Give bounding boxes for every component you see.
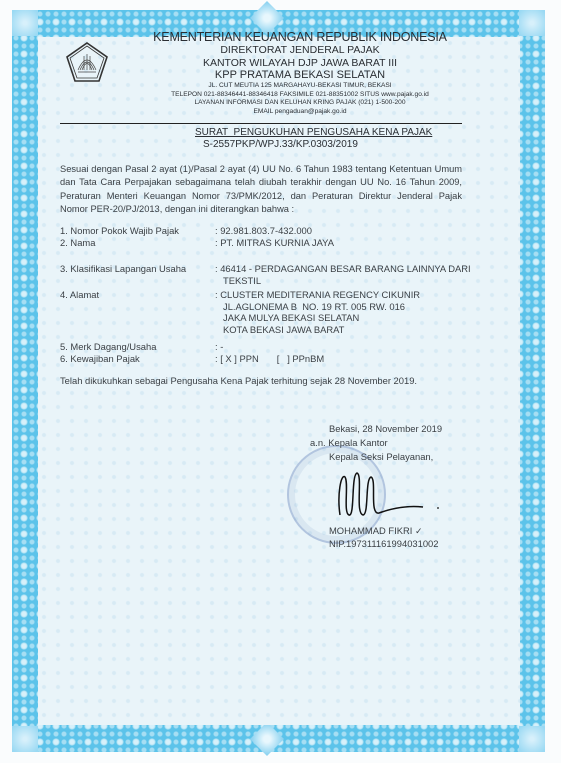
document-title-block: SURAT PENGUKUHAN PENGUSAHA KENA PAJAK S-… — [195, 127, 455, 151]
place-date: Bekasi, 28 November 2019 — [310, 422, 442, 436]
border-corner-ornament — [519, 10, 545, 36]
on-behalf-of: a.n. Kepala Kantor — [310, 436, 442, 450]
letterhead: KEMENTERIAN KEUANGAN REPUBLIK INDONESIA … — [100, 30, 500, 116]
border-corner-ornament — [12, 726, 38, 752]
field-label: 3. Klasifikasi Lapangan Usaha — [60, 263, 220, 275]
office-address: JL. CUT MEUTIA 125 MARGAHAYU-BEKASI TIMU… — [100, 82, 500, 91]
office-contact: TELEPON 021-88346441-88346418 FAKSIMILE … — [100, 91, 500, 100]
border-corner-ornament — [519, 726, 545, 752]
field-value: : CLUSTER MEDITERANIA REGENCY CIKUNIRJL.… — [215, 289, 475, 335]
field-value: : - — [215, 341, 475, 353]
field-label: 5. Merk Dagang/Usaha — [60, 341, 220, 353]
field-value: : [ X ] PPN[ ] PPnBM — [215, 353, 475, 365]
field-value: : 92.981.803.7-432.000 — [215, 225, 475, 237]
field-label: 4. Alamat — [60, 289, 220, 301]
handwritten-signature — [335, 465, 445, 525]
field-value: : PT. MITRAS KURNIA JAYA — [215, 237, 475, 249]
closing-statement: Telah dikukuhkan sebagai Pengusaha Kena … — [60, 375, 480, 387]
header-divider — [60, 123, 462, 124]
signature-block: Bekasi, 28 November 2019 a.n. Kepala Kan… — [310, 422, 442, 464]
ministry-name: KEMENTERIAN KEUANGAN REPUBLIK INDONESIA — [100, 30, 500, 44]
intro-paragraph: Sesuai dengan Pasal 2 ayat (1)/Pasal 2 a… — [60, 163, 462, 216]
paraf-mark: ✓ — [415, 526, 423, 536]
field-label: 6. Kewajiban Pajak — [60, 353, 220, 365]
tax-obligation-checkbox: [ ] PPnBM — [277, 353, 324, 365]
field-value: : 46414 - PERDAGANGAN BESAR BARANG LAINN… — [215, 263, 475, 286]
signer-name: MOHAMMAD FIKRI — [329, 525, 412, 536]
border-corner-ornament — [12, 10, 38, 36]
tax-obligation-checkbox: [ X ] PPN — [220, 353, 259, 365]
document-title: SURAT PENGUKUHAN PENGUSAHA KENA PAJAK — [195, 127, 455, 139]
field-label: 1. Nomor Pokok Wajib Pajak — [60, 225, 220, 237]
signer-position: Kepala Seksi Pelayanan, — [310, 450, 442, 464]
document-number: S-2557PKP/WPJ.33/KP.0303/2019 — [195, 139, 455, 151]
signer-nip: NIP.197311161994031002 — [329, 538, 438, 551]
service-info: LAYANAN INFORMASI DAN KELUHAN KRING PAJA… — [100, 99, 500, 108]
directorate-name: DIREKTORAT JENDERAL PAJAK — [100, 44, 500, 57]
field-label: 2. Nama — [60, 237, 220, 249]
office-email: EMAIL pengaduan@pajak.go.id — [100, 108, 500, 117]
tax-office-name: KPP PRATAMA BEKASI SELATAN — [100, 69, 500, 82]
regional-office-name: KANTOR WILAYAH DJP JAWA BARAT III — [100, 57, 500, 70]
signer-info: MOHAMMAD FIKRI ✓ NIP.197311161994031002 — [329, 525, 438, 550]
